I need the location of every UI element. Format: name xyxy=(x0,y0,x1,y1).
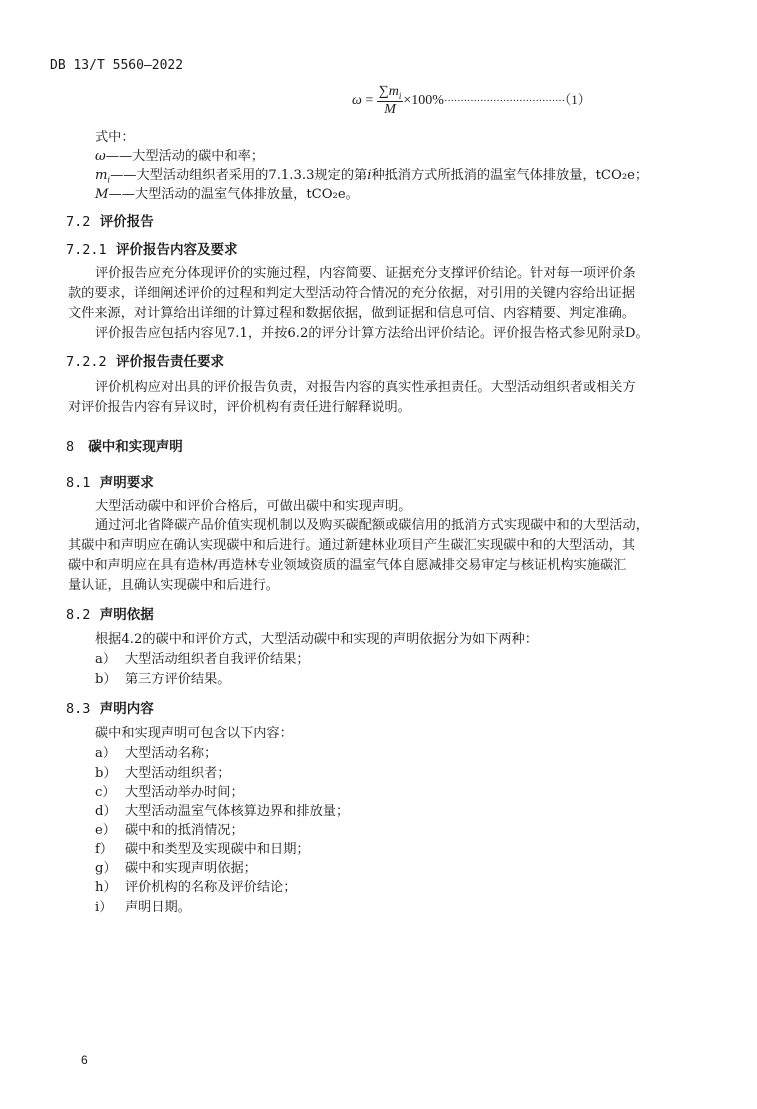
formula-number: （1） xyxy=(565,92,591,107)
section-number: 8 xyxy=(66,439,74,455)
list-item-8-2-a: a）大型活动组织者自我评价结果； xyxy=(95,650,735,670)
def-text: ——大型活动组织者采用的7.1.3.3规定的第 xyxy=(110,168,367,183)
paragraph-7-2-1-line-1: 评价报告应充分体现评价的实施过程，内容简要、证据充分支撑评价结论。针对每一项评价… xyxy=(95,264,735,284)
paragraph-7-2-1-line-2: 款的要求，详细阐述评价的过程和判定大型活动符合情况的充分依据，对引用的关键内容给… xyxy=(68,284,708,304)
def-symbol: m xyxy=(95,168,108,183)
list-text: 大型活动温室气体核算边界和排放量； xyxy=(125,804,349,819)
formula-1: ω = ∑miM×100%···························… xyxy=(352,84,591,118)
list-item-8-3-i: i）声明日期。 xyxy=(95,898,735,918)
formula-numerator: ∑m xyxy=(379,84,399,99)
section-number: 8.3 xyxy=(66,701,90,717)
section-title: 声明依据 xyxy=(100,607,154,623)
list-item-8-3-h: h）评价机构的名称及评价结论； xyxy=(95,878,735,898)
list-label: a） xyxy=(95,744,125,764)
section-heading-7-2-1: 7.2.1 评价报告内容及要求 xyxy=(66,238,238,258)
list-label: g） xyxy=(95,859,125,879)
paragraph-7-2-1-line-3: 文件来源，对计算给出详细的计算过程和数据依据，做到证据和信息可信、内容精要、判定… xyxy=(68,304,708,324)
list-item-8-3-f: f）碳中和类型及实现碳中和日期； xyxy=(95,840,735,860)
section-title: 声明要求 xyxy=(100,475,154,491)
section-heading-8: 8 碳中和实现声明 xyxy=(66,435,183,455)
section-number: 7.2.2 xyxy=(66,354,107,370)
section-heading-8-3: 8.3 声明内容 xyxy=(66,697,154,717)
section-number: 8.1 xyxy=(66,475,90,491)
list-text: 大型活动组织者自我评价结果； xyxy=(125,652,310,667)
section-title: 评价报告责任要求 xyxy=(116,354,224,370)
paragraph-7-2-1-p2: 评价报告应包括内容见7.1，并按6.2的评分计算方法给出评价结论。评价报告格式参… xyxy=(95,324,735,344)
section-heading-7-2-2: 7.2.2 评价报告责任要求 xyxy=(66,350,224,370)
list-item-8-3-a: a）大型活动名称； xyxy=(95,744,735,764)
section-number: 8.2 xyxy=(66,607,90,623)
where-intro: 式中： xyxy=(95,128,735,148)
formula-multiplier: ×100% xyxy=(403,93,444,108)
paragraph-8-1-p2-line-4: 量认证，且确认实现碳中和后进行。 xyxy=(68,576,708,596)
section-title: 评价报告 xyxy=(100,214,154,230)
paragraph-8-2-intro: 根据4.2的碳中和评价方式，大型活动碳中和实现的声明依据分为如下两种： xyxy=(95,630,735,650)
section-title: 声明内容 xyxy=(100,701,154,717)
list-label: b） xyxy=(95,670,125,690)
list-label: e） xyxy=(95,821,125,841)
def-text-2: 种抵消方式所抵消的温室气体排放量，tCO₂e； xyxy=(371,168,648,183)
list-label: i） xyxy=(95,898,125,918)
where-def-M: M——大型活动的温室气体排放量，tCO₂e。 xyxy=(95,185,735,205)
def-symbol: ω xyxy=(95,149,106,164)
paragraph-7-2-2-line-1: 评价机构应对出具的评价报告负责，对报告内容的真实性承担责任。大型活动组织者或相关… xyxy=(95,378,735,398)
paragraph-8-1-p2-line-1: 通过河北省降碳产品价值实现机制以及购买碳配额或碳信用的抵消方式实现碳中和的大型活… xyxy=(95,516,735,536)
list-text: 大型活动名称； xyxy=(125,746,217,761)
formula-equals: = xyxy=(362,93,377,108)
section-heading-8-2: 8.2 声明依据 xyxy=(66,603,154,623)
formula-denominator: M xyxy=(377,102,404,118)
def-symbol: M xyxy=(95,187,109,202)
formula-numerator-sub: i xyxy=(399,91,402,101)
list-item-8-3-b: b）大型活动组织者； xyxy=(95,764,735,784)
section-number: 7.2.1 xyxy=(66,242,107,258)
def-text: ——大型活动的碳中和率； xyxy=(106,149,264,164)
where-def-omega: ω——大型活动的碳中和率； xyxy=(95,147,735,167)
section-title: 评价报告内容及要求 xyxy=(116,242,238,258)
section-number: 7.2 xyxy=(66,214,90,230)
list-label: b） xyxy=(95,764,125,784)
list-label: d） xyxy=(95,802,125,822)
list-text: 大型活动组织者； xyxy=(125,766,231,781)
list-item-8-2-b: b）第三方评价结果。 xyxy=(95,670,735,690)
list-label: f） xyxy=(95,840,125,860)
formula-omega: ω xyxy=(352,93,362,108)
page-number: 6 xyxy=(81,1053,88,1067)
list-text: 评价机构的名称及评价结论； xyxy=(125,880,296,895)
list-text: 碳中和的抵消情况； xyxy=(125,823,244,838)
paragraph-8-3-intro: 碳中和实现声明可包含以下内容： xyxy=(95,724,735,744)
section-heading-7-2: 7.2 评价报告 xyxy=(66,210,154,230)
section-title: 碳中和实现声明 xyxy=(88,439,183,455)
paragraph-8-1-p1: 大型活动碳中和评价合格后，可做出碳中和实现声明。 xyxy=(95,497,735,517)
list-text: 碳中和实现声明依据； xyxy=(125,861,257,876)
list-text: 大型活动举办时间； xyxy=(125,785,244,800)
section-heading-8-1: 8.1 声明要求 xyxy=(66,471,154,491)
list-item-8-3-g: g）碳中和实现声明依据； xyxy=(95,859,735,879)
list-label: h） xyxy=(95,878,125,898)
paragraph-7-2-2-line-2: 对评价报告内容有异议时，评价机构有责任进行解释说明。 xyxy=(68,398,708,418)
list-item-8-3-e: e）碳中和的抵消情况； xyxy=(95,821,735,841)
paragraph-8-1-p2-line-3: 碳中和声明应在具有造林/再造林专业领域资质的温室气体自愿减排交易审定与核证机构实… xyxy=(68,556,708,576)
paragraph-8-1-p2-line-2: 其碳中和声明应在确认实现碳中和后进行。通过新建林业项目产生碳汇实现碳中和的大型活… xyxy=(68,536,708,556)
document-code-header: DB 13/T 5560—2022 xyxy=(50,58,183,73)
list-label: a） xyxy=(95,650,125,670)
list-text: 碳中和类型及实现碳中和日期； xyxy=(125,842,310,857)
list-text: 声明日期。 xyxy=(125,900,191,915)
list-label: c） xyxy=(95,783,125,803)
list-item-8-3-c: c）大型活动举办时间； xyxy=(95,783,735,803)
def-text: ——大型活动的温室气体排放量，tCO₂e。 xyxy=(109,187,359,202)
list-item-8-3-d: d）大型活动温室气体核算边界和排放量； xyxy=(95,802,735,822)
list-text: 第三方评价结果。 xyxy=(125,672,231,687)
formula-leader: ····································· xyxy=(444,95,565,107)
formula-fraction: ∑miM xyxy=(377,84,404,118)
